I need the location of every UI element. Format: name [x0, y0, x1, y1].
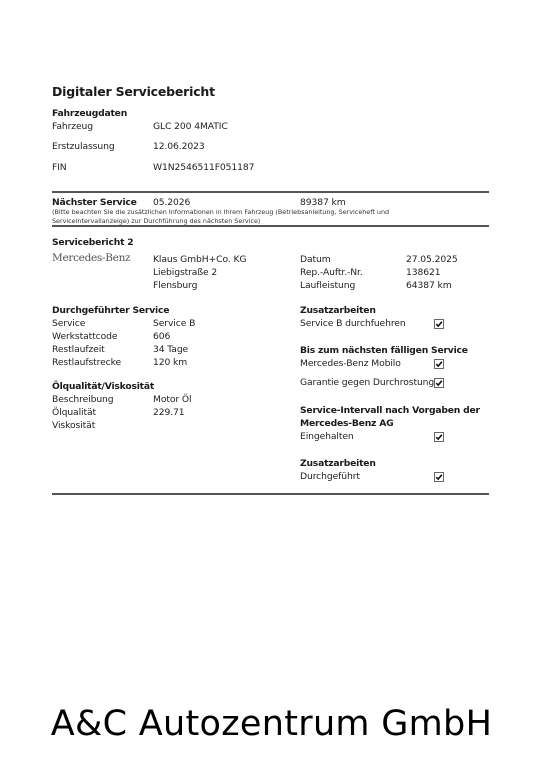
- brand-logo: Mercedes-Benz: [52, 252, 130, 264]
- extra-work-2-heading: Zusatzarbeiten: [300, 458, 376, 469]
- service-value: Service B: [153, 318, 195, 329]
- oil-quality-label: Ölqualität: [52, 407, 96, 418]
- interval-kept-checkbox[interactable]: [434, 432, 444, 442]
- checkmark-icon: [435, 360, 443, 368]
- vin-label: FIN: [52, 162, 67, 173]
- until-next-heading: Bis zum nächsten fälligen Service: [300, 345, 468, 356]
- viscosity-label: Viskosität: [52, 420, 95, 431]
- next-service-mileage: 89387 km: [300, 197, 346, 208]
- vin-value: W1N2546511F051187: [153, 162, 254, 173]
- interval-kept-label: Eingehalten: [300, 431, 354, 442]
- date-value: 27.05.2025: [406, 254, 458, 265]
- mobilo-checkbox[interactable]: [434, 359, 444, 369]
- vehicle-label: Fahrzeug: [52, 121, 93, 132]
- performed-label: Durchgeführt: [300, 471, 360, 482]
- oil-heading: Ölqualität/Viskosität: [52, 381, 154, 392]
- performed-checkbox[interactable]: [434, 472, 444, 482]
- rust-warranty-checkbox[interactable]: [434, 378, 444, 388]
- dealer-city: Flensburg: [153, 280, 197, 291]
- rust-warranty-label: Garantie gegen Durchrostung: [300, 377, 434, 388]
- service-b-checkbox[interactable]: [434, 319, 444, 329]
- workshop-code-label: Werkstattcode: [52, 331, 117, 342]
- divider: [52, 191, 489, 193]
- interval-heading-line2: Mercedes-Benz AG: [300, 418, 393, 429]
- workshop-code-value: 606: [153, 331, 170, 342]
- order-number-value: 138621: [406, 267, 440, 278]
- company-footer: A&C Autozentrum GmbH: [0, 704, 543, 744]
- oil-quality-value: 229.71: [153, 407, 185, 418]
- checkmark-icon: [435, 473, 443, 481]
- remaining-distance-label: Restlaufstrecke: [52, 357, 121, 368]
- remaining-time-label: Restlaufzeit: [52, 344, 105, 355]
- mileage-label: Laufleistung: [300, 280, 355, 291]
- service-b-label: Service B durchfuehren: [300, 318, 406, 329]
- performed-service-heading: Durchgeführter Service: [52, 305, 169, 316]
- registration-value: 12.06.2023: [153, 141, 205, 152]
- divider: [52, 493, 489, 495]
- next-service-date: 05.2026: [153, 197, 190, 208]
- remaining-time-value: 34 Tage: [153, 344, 188, 355]
- oil-description-value: Motor Öl: [153, 394, 191, 405]
- order-number-label: Rep.-Auftr.-Nr.: [300, 267, 363, 278]
- report-heading: Servicebericht 2: [52, 237, 133, 248]
- remaining-distance-value: 120 km: [153, 357, 187, 368]
- next-service-note: (Bitte beachten Sie die zusätzlichen Inf…: [52, 208, 462, 225]
- interval-heading-line1: Service-Intervall nach Vorgaben der: [300, 405, 480, 416]
- page-title: Digitaler Servicebericht: [52, 84, 215, 99]
- dealer-name: Klaus GmbH+Co. KG: [153, 254, 246, 265]
- mobilo-label: Mercedes-Benz Mobilo: [300, 358, 401, 369]
- vehicle-value: GLC 200 4MATIC: [153, 121, 228, 132]
- date-label: Datum: [300, 254, 331, 265]
- dealer-street: Liebigstraße 2: [153, 267, 217, 278]
- registration-label: Erstzulassung: [52, 141, 115, 152]
- checkmark-icon: [435, 433, 443, 441]
- mileage-value: 64387 km: [406, 280, 452, 291]
- vehicle-heading: Fahrzeugdaten: [52, 108, 127, 119]
- next-service-label: Nächster Service: [52, 197, 137, 208]
- service-label: Service: [52, 318, 85, 329]
- extra-work-heading: Zusatzarbeiten: [300, 305, 376, 316]
- checkmark-icon: [435, 320, 443, 328]
- oil-description-label: Beschreibung: [52, 394, 114, 405]
- checkmark-icon: [435, 379, 443, 387]
- divider: [52, 225, 489, 227]
